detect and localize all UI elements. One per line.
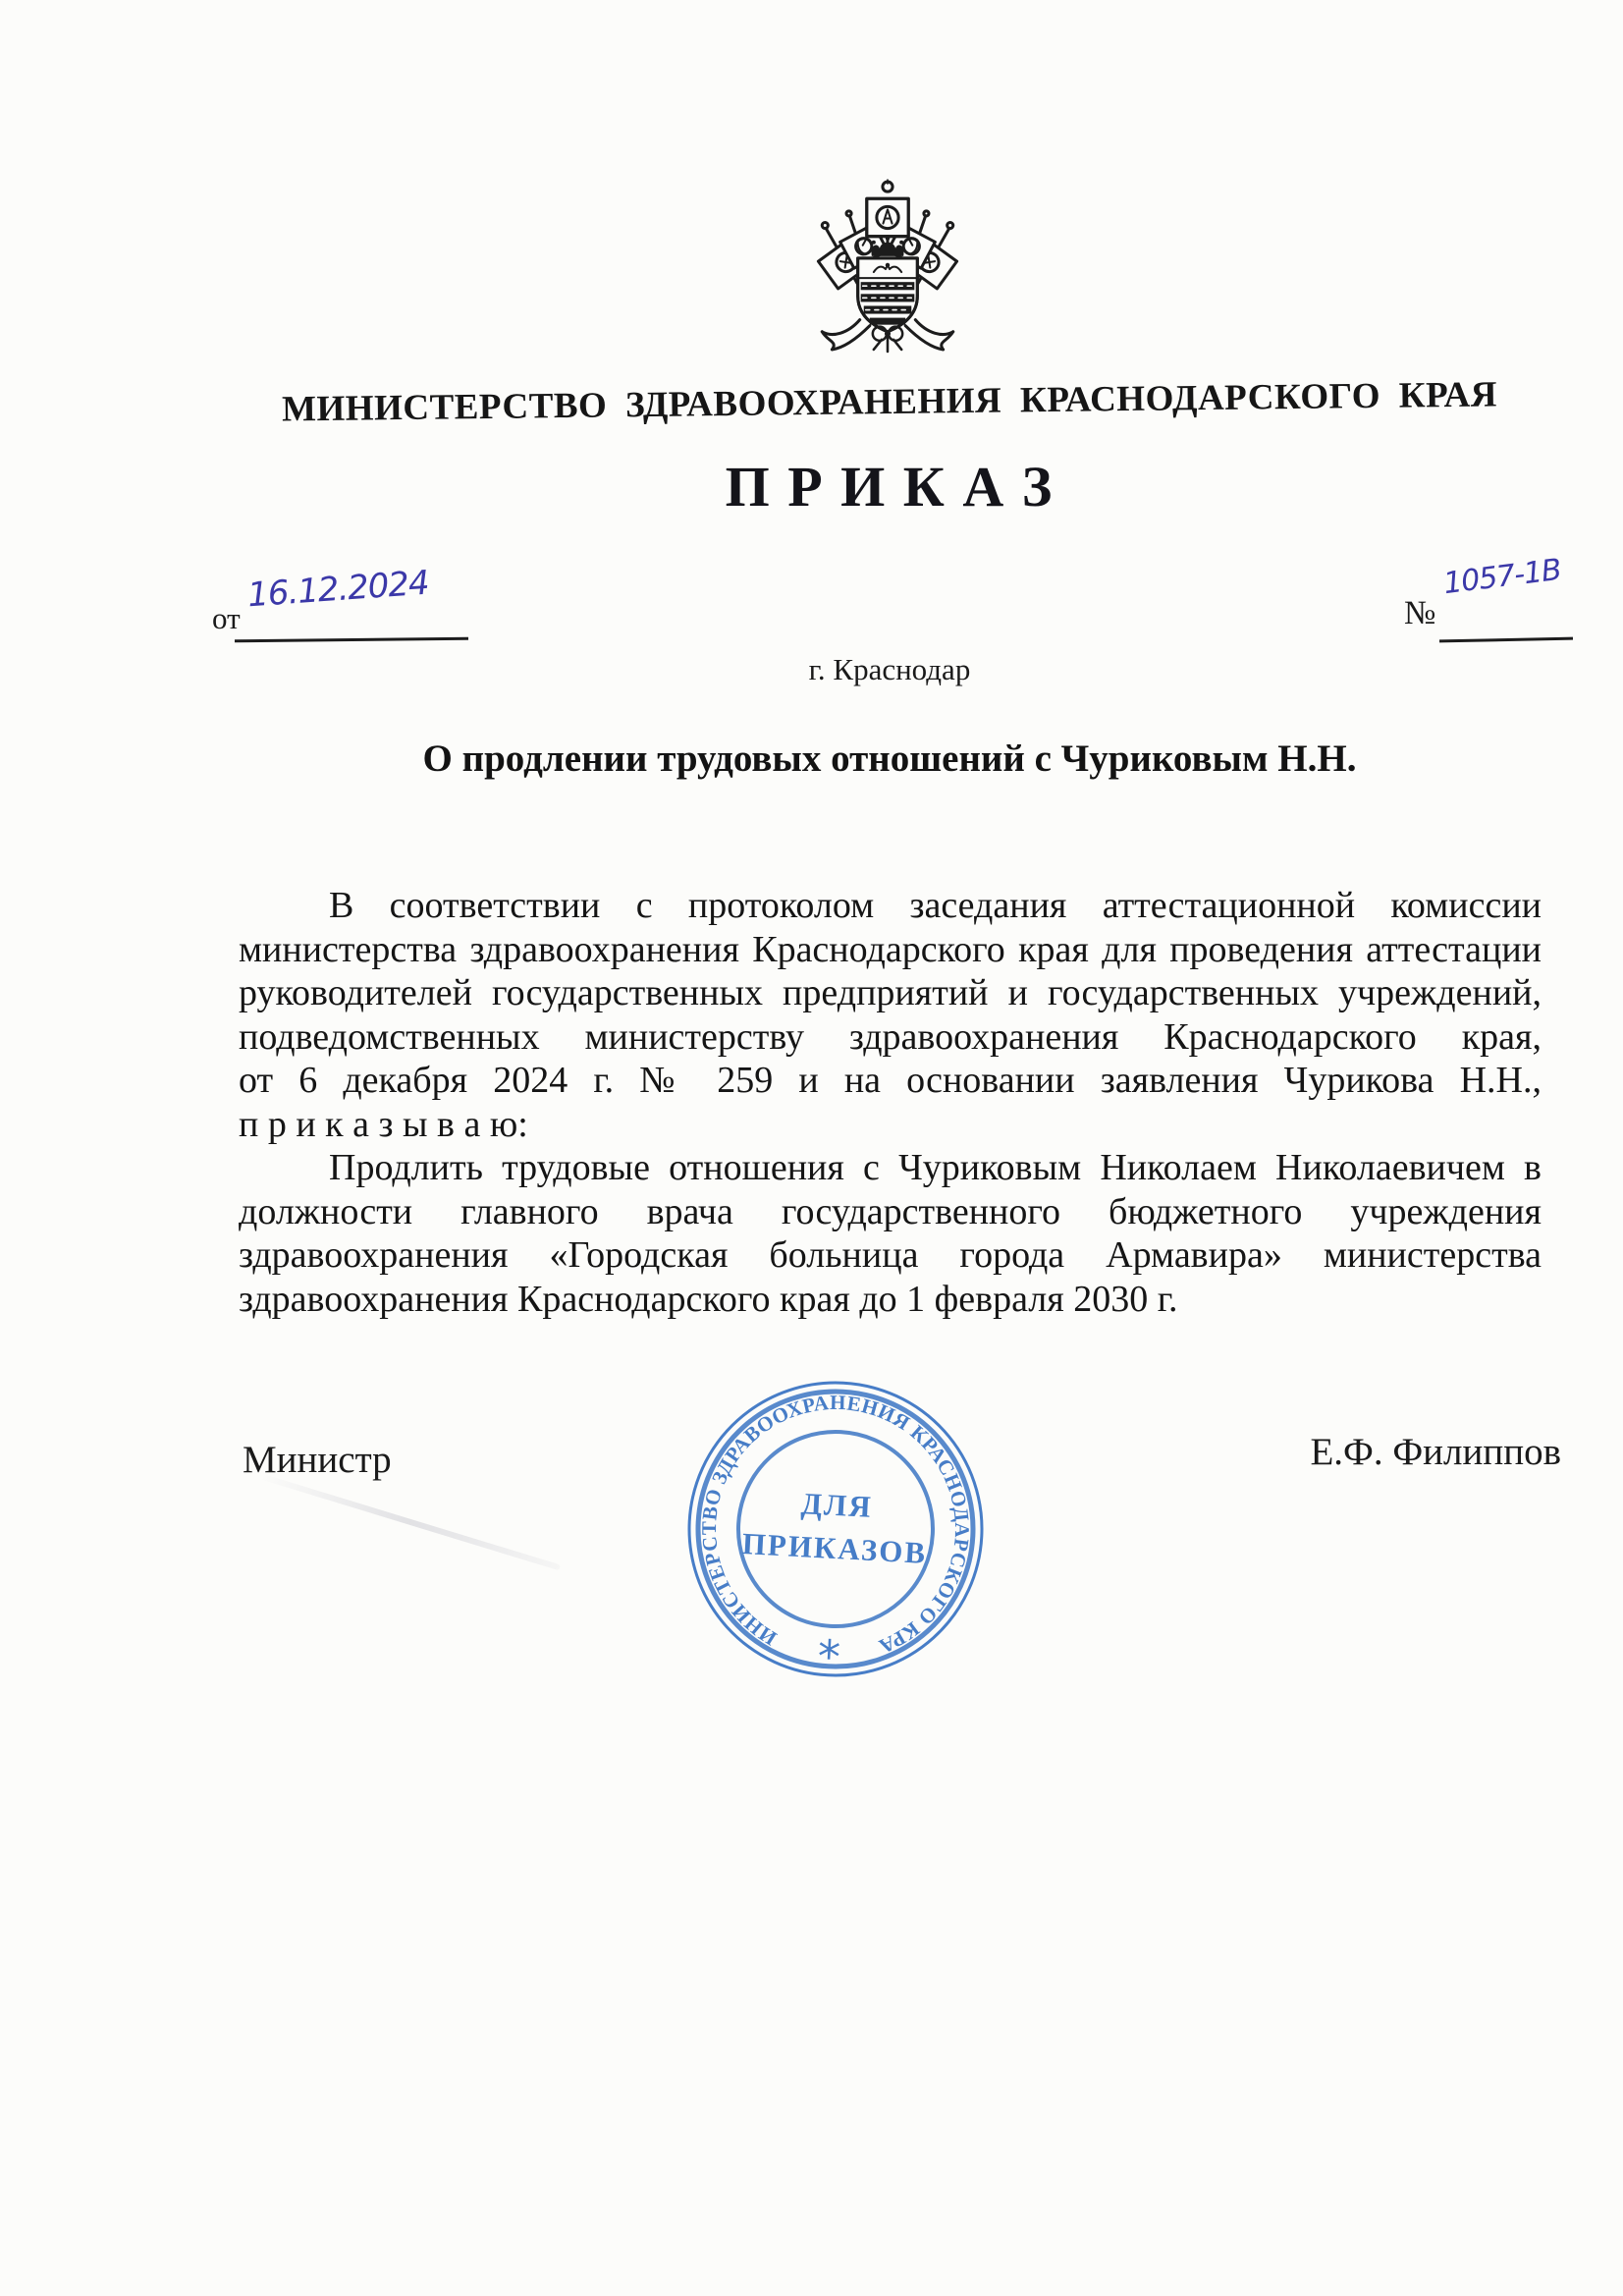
stamp-star: * xyxy=(816,1629,841,1683)
krasnodar-coat-of-arms-icon xyxy=(811,177,964,354)
body-text-line: здравоохранения «Городская больница горо… xyxy=(239,1233,1542,1278)
paragraph-1: В соответствии с протоколом заседания ат… xyxy=(239,884,1542,1146)
ministry-title: МИНИСТЕРСТВО ЗДРАВООХРАНЕНИЯ КРАСНОДАРСК… xyxy=(98,371,1623,433)
stamp-center-line1: ДЛЯ xyxy=(800,1486,874,1524)
pen-streak-artifact xyxy=(258,1473,561,1570)
date-label: от xyxy=(212,601,241,636)
body-text-line: руководителей государственных предприяти… xyxy=(239,971,1542,1015)
stamp-center-line2: ПРИКАЗОВ xyxy=(741,1526,928,1570)
body-text-line: министерства здравоохранения Краснодарск… xyxy=(239,928,1542,972)
body-text-line: подведомственных министерству здравоохра… xyxy=(239,1015,1542,1060)
date-value-handwritten: 16.12.2024 xyxy=(246,564,430,616)
scanned-order-document: МИНИСТЕРСТВО ЗДРАВООХРАНЕНИЯ КРАСНОДАРСК… xyxy=(0,0,1623,2296)
body-text-line: здравоохранения Краснодарского края до 1… xyxy=(239,1278,1542,1322)
city-line: г. Краснодар xyxy=(177,652,1602,687)
body-text: В соответствии с протоколом заседания ат… xyxy=(239,884,1542,1321)
number-underline xyxy=(1439,637,1573,643)
number-label: № xyxy=(1404,595,1435,632)
body-text-line: должности главного врача государственног… xyxy=(239,1190,1542,1234)
paragraph-2: Продлить трудовые отношения с Чуриковым … xyxy=(239,1146,1542,1321)
body-text-line: п р и к а з ы в а ю: xyxy=(239,1103,1542,1147)
date-underline xyxy=(235,637,468,642)
subject-line: О продлении трудовых отношений с Чуриков… xyxy=(177,737,1602,781)
official-stamp: МИНИСТЕРСТВО ЗДРАВООХРАНЕНИЯ КРАСНОДАРСК… xyxy=(676,1369,996,1689)
number-value-handwritten: 1057-1В xyxy=(1441,553,1562,601)
signature-name: Е.Ф. Филиппов xyxy=(1159,1430,1561,1474)
body-text-line: Продлить трудовые отношения с Чуриковым … xyxy=(239,1146,1542,1190)
document-type-title: П Р И К А З xyxy=(177,454,1602,519)
body-text-line: от 6 декабря 2024 г. № 259 и на основани… xyxy=(239,1059,1542,1103)
body-text-line: В соответствии с протоколом заседания ат… xyxy=(239,884,1542,928)
